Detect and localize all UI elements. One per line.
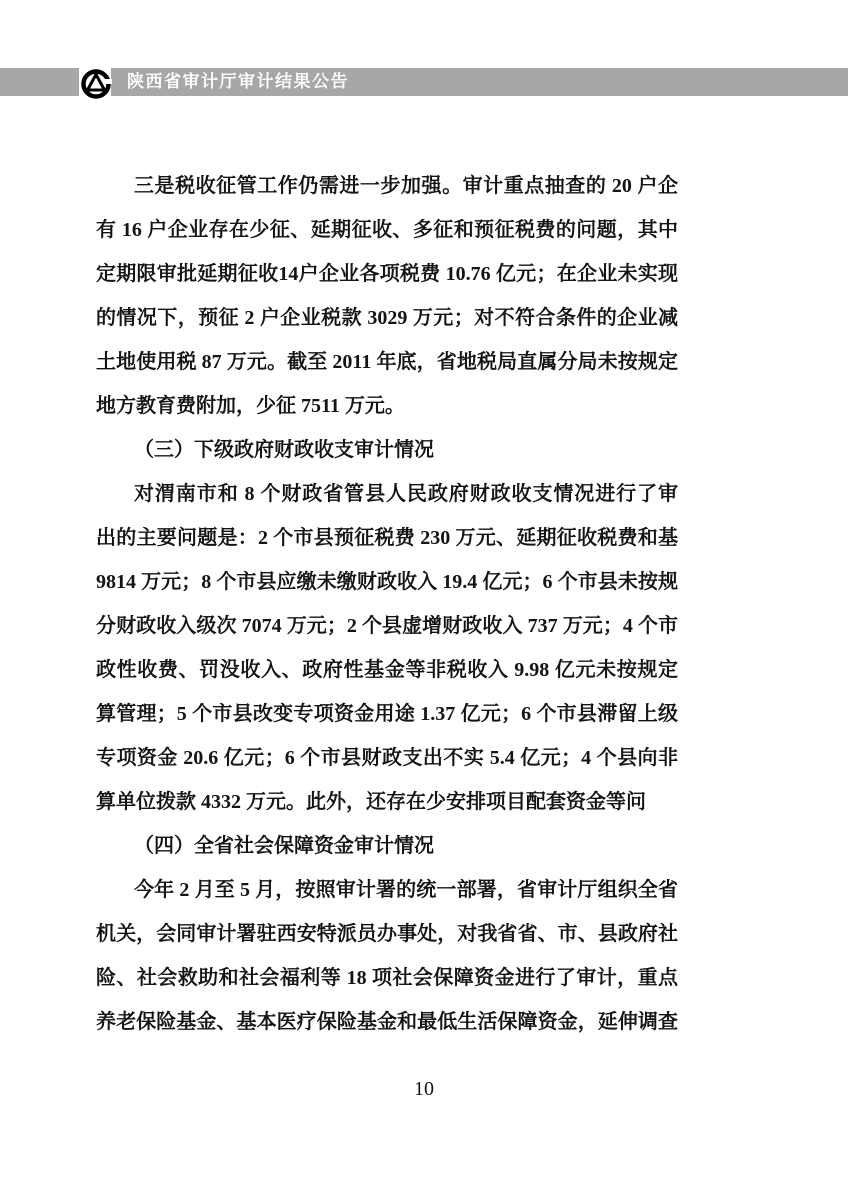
document-body: 三是税收征管工作仍需进一步加强。审计重点抽查的 20 户企业中，有 16 户企业… — [96, 164, 678, 1044]
text-line: （四）全省社会保障资金审计情况 — [96, 824, 678, 868]
text-line: 出的主要问题是：2 个市县预征税费 230 万元、延期征收税费和基金 — [96, 516, 678, 560]
text-line: 定期限审批延期征收14户企业各项税费 10.76 亿元；在企业未实现税费 — [96, 252, 678, 296]
page-number: 10 — [0, 1078, 848, 1101]
text-line: 养老保险基金、基本医疗保险基金和最低生活保障资金，延伸调查了 — [96, 1000, 678, 1044]
text-line: 政性收费、罚没收入、政府性基金等非税收入 9.98 亿元未按规定纳入预 — [96, 648, 678, 692]
text-line: 9814 万元；8 个市县应缴未缴财政收入 19.4 亿元；6 个市县未按规定划 — [96, 560, 678, 604]
header-bar-left-segment — [0, 68, 79, 96]
text-line: 险、社会救助和社会福利等 18 项社会保障资金进行了审计，重点是基本 — [96, 956, 678, 1000]
audit-emblem-icon — [80, 68, 112, 100]
text-line: （三）下级政府财政收支审计情况 — [96, 428, 678, 472]
text-line: 的情况下，预征 2 户企业税款 3029 万元；对不符合条件的企业减免城镇 — [96, 296, 678, 340]
text-line: 土地使用税 87 万元。截至 2011 年底，省地税局直属分局未按规定开征 — [96, 340, 678, 384]
text-line: 分财政收入级次 7074 万元；2 个县虚增财政收入 737 万元；4 个市县行 — [96, 604, 678, 648]
text-line: 地方教育费附加，少征 7511 万元。 — [96, 384, 678, 428]
body-paragraph: 今年 2 月至 5 月，按照审计署的统一部署，省审计厅组织全省审计机关，会同审计… — [96, 868, 678, 1044]
text-line: 对渭南市和 8 个财政省管县人民政府财政收支情况进行了审计，查 — [96, 472, 678, 516]
section-heading: （四）全省社会保障资金审计情况 — [96, 824, 678, 868]
body-paragraph: 三是税收征管工作仍需进一步加强。审计重点抽查的 20 户企业中，有 16 户企业… — [96, 164, 678, 428]
section-heading: （三）下级政府财政收支审计情况 — [96, 428, 678, 472]
text-line: 机关，会同审计署驻西安特派员办事处，对我省省、市、县政府社会保 — [96, 912, 678, 956]
header-title: 陕西省审计厅审计结果公告 — [127, 68, 349, 96]
text-line: 算单位拨款 4332 万元。此外，还存在少安排项目配套资金等问题。 — [96, 780, 678, 824]
text-line: 今年 2 月至 5 月，按照审计署的统一部署，省审计厅组织全省审计 — [96, 868, 678, 912]
text-line: 三是税收征管工作仍需进一步加强。审计重点抽查的 20 户企业中， — [96, 164, 678, 208]
text-line: 专项资金 20.6 亿元；6 个市县财政支出不实 5.4 亿元；4 个县向非本级… — [96, 736, 678, 780]
body-paragraph: 对渭南市和 8 个财政省管县人民政府财政收支情况进行了审计，查出的主要问题是：2… — [96, 472, 678, 824]
text-line: 有 16 户企业存在少征、延期征收、多征和预征税费的问题，其中超出规 — [96, 208, 678, 252]
text-line: 算管理；5 个市县改变专项资金用途 1.37 亿元；6 个市县滞留上级财政 — [96, 692, 678, 736]
